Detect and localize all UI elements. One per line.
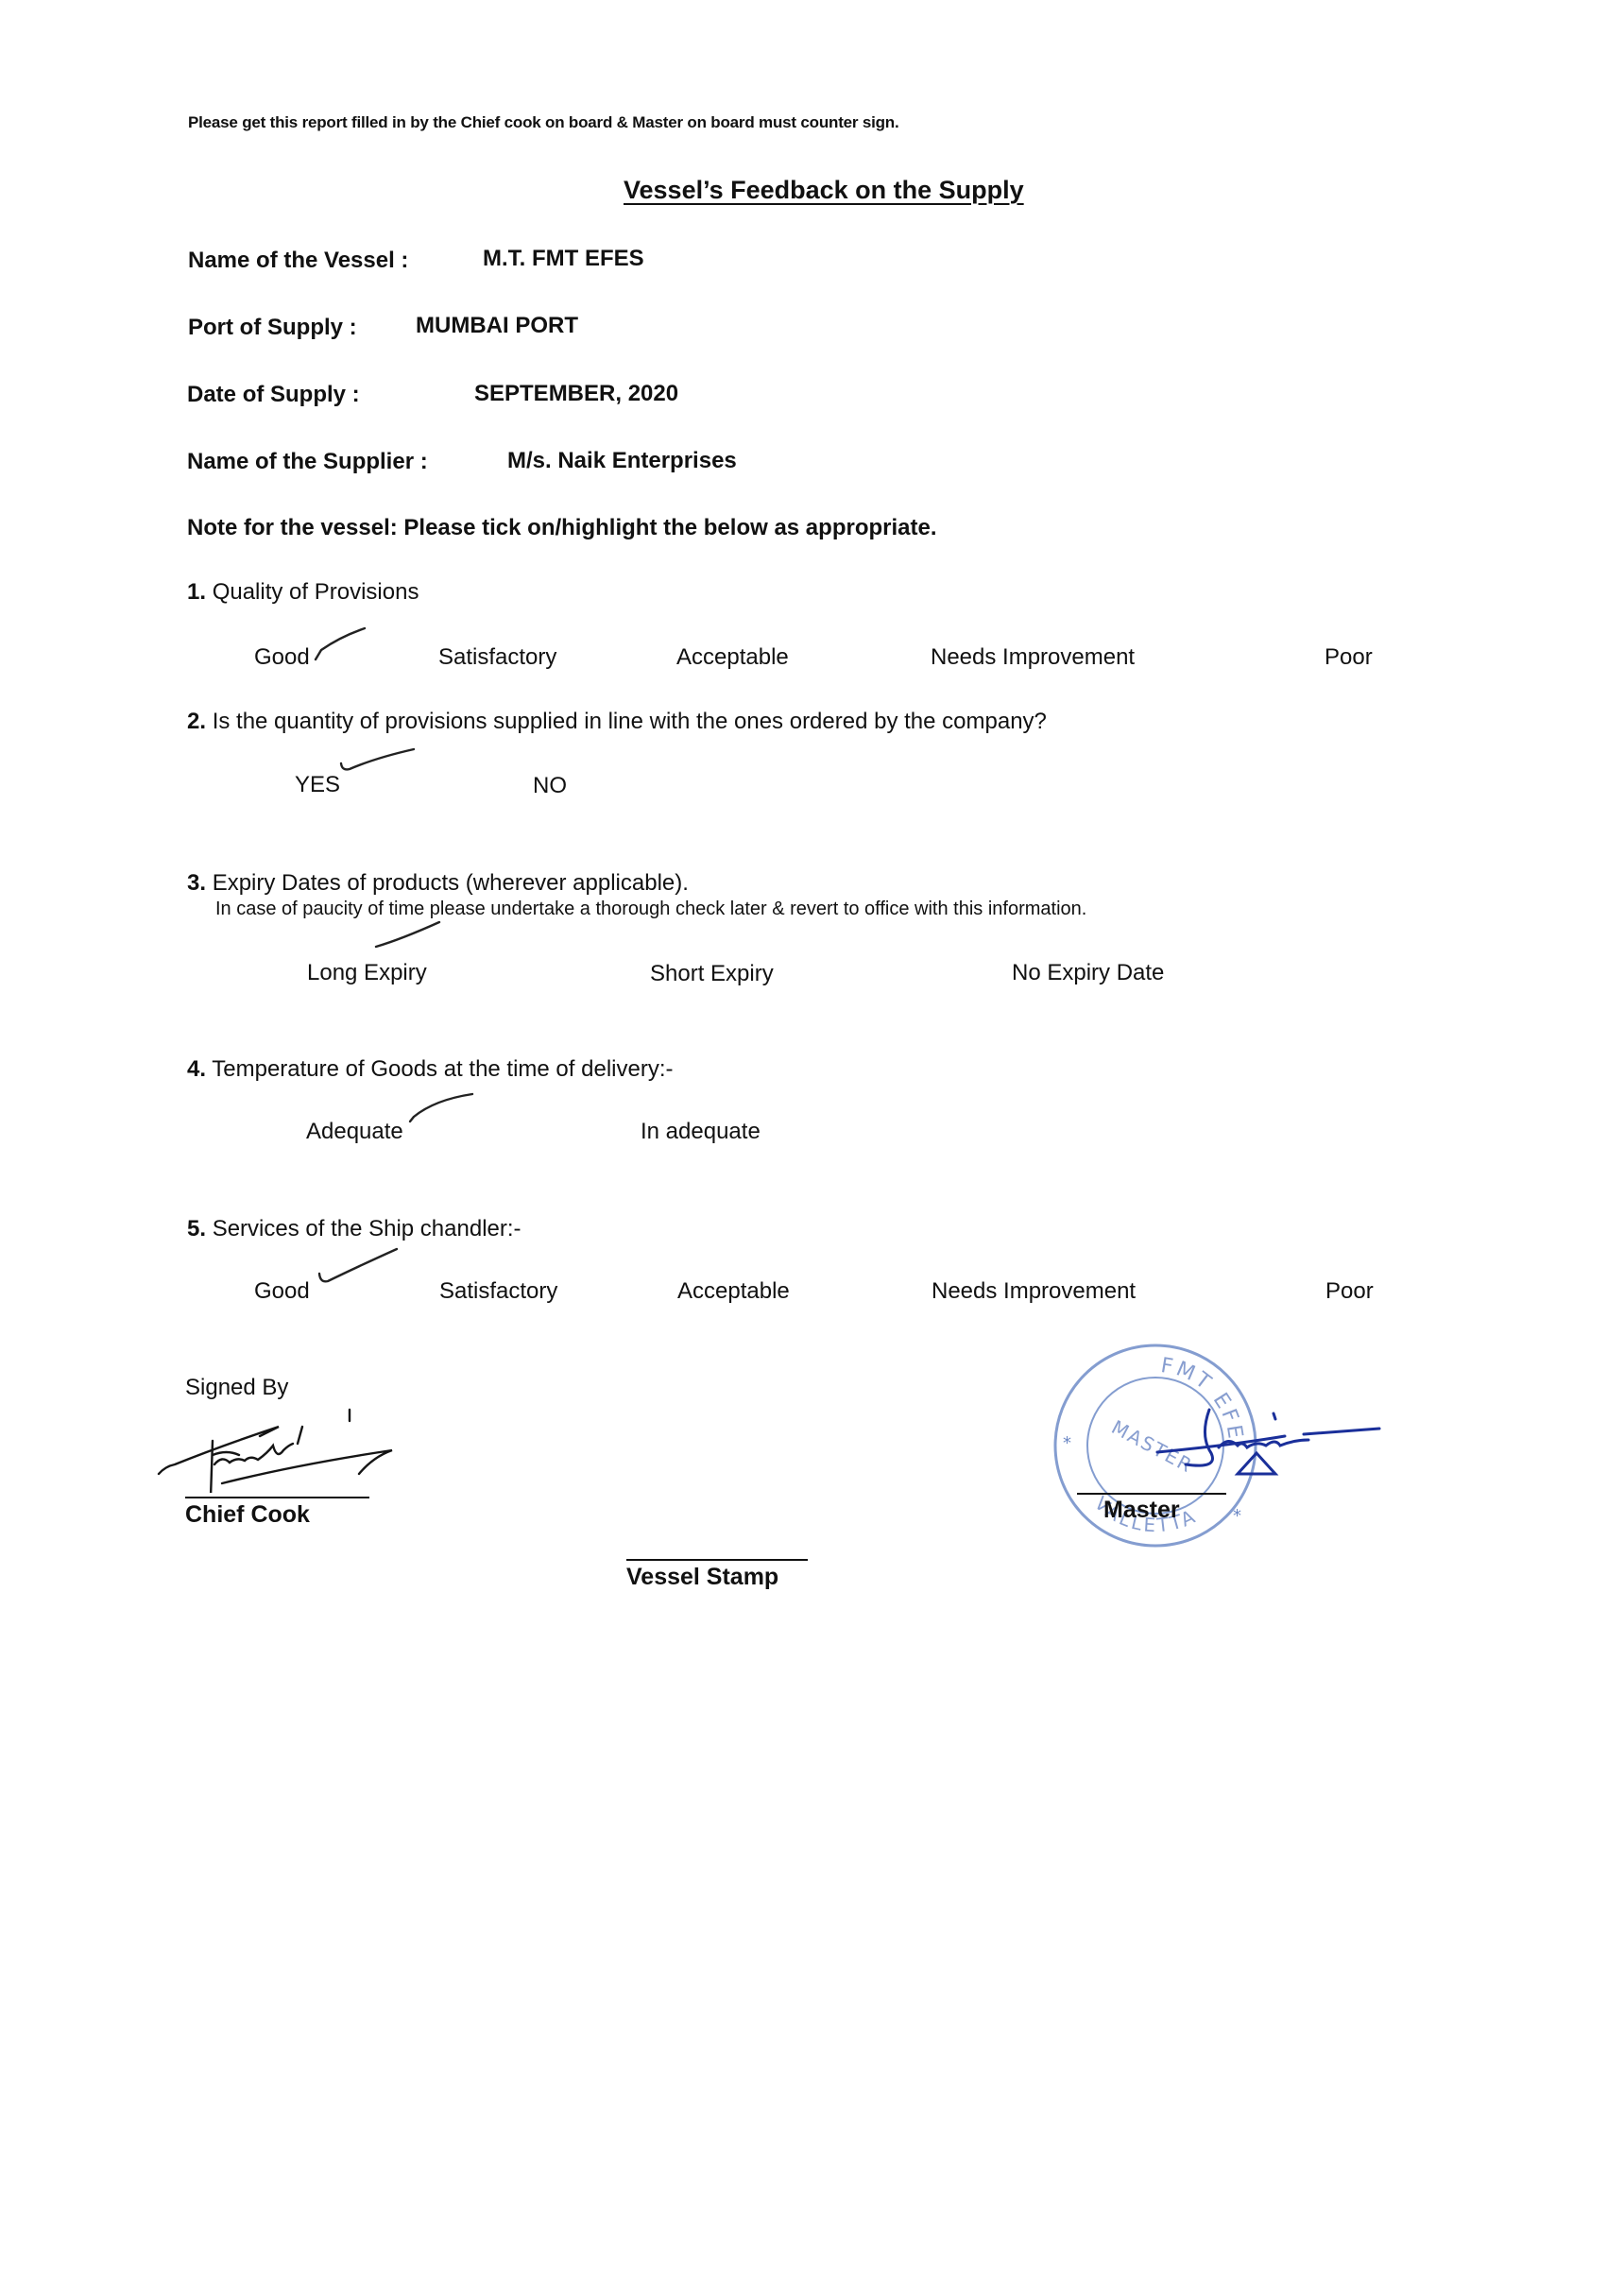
master-signature-icon (1153, 1408, 1389, 1493)
q4-option-adequate[interactable]: Adequate (306, 1119, 403, 1145)
port-of-supply-value: MUMBAI PORT (416, 313, 578, 339)
question-1-text: Quality of Provisions (213, 579, 419, 605)
q1-option-good[interactable]: Good (254, 644, 310, 671)
q1-checkmark-icon (312, 624, 368, 666)
question-4: 4. Temperature of Goods at the time of d… (187, 1056, 673, 1083)
vessel-stamp-label: Vessel Stamp (626, 1564, 778, 1591)
q1-option-acceptable[interactable]: Acceptable (676, 644, 789, 671)
q3-checkmark-icon (373, 918, 444, 951)
vessel-name-value: M.T. FMT EFES (483, 246, 644, 272)
vessel-name-label: Name of the Vessel : (188, 248, 408, 274)
q3-option-short-expiry[interactable]: Short Expiry (650, 961, 774, 987)
q5-option-satisfactory[interactable]: Satisfactory (439, 1278, 557, 1305)
master-label: Master (1103, 1497, 1180, 1524)
chief-cook-signature-line (185, 1497, 369, 1498)
q5-checkmark-icon (316, 1245, 402, 1297)
vessel-note: Note for the vessel: Please tick on/high… (187, 515, 937, 541)
q4-option-inadequate[interactable]: In adequate (641, 1119, 761, 1145)
document-title: Vessel’s Feedback on the Supply (624, 176, 1024, 205)
question-5-text: Services of the Ship chandler:- (213, 1216, 521, 1241)
master-signature-line (1077, 1493, 1226, 1495)
question-2-text: Is the quantity of provisions supplied i… (213, 709, 1047, 734)
q3-option-no-expiry-date[interactable]: No Expiry Date (1012, 960, 1164, 986)
q5-option-poor[interactable]: Poor (1325, 1278, 1374, 1305)
q1-option-poor[interactable]: Poor (1325, 644, 1373, 671)
q2-checkmark-icon (338, 746, 419, 784)
vessel-stamp-line (626, 1559, 808, 1561)
date-of-supply-label: Date of Supply : (187, 382, 360, 408)
chief-cook-label: Chief Cook (185, 1501, 310, 1529)
question-1-number: 1. (187, 579, 206, 605)
port-of-supply-label: Port of Supply : (188, 315, 357, 341)
question-3-text: Expiry Dates of products (wherever appli… (213, 870, 689, 896)
question-3: 3. Expiry Dates of products (wherever ap… (187, 870, 689, 897)
q1-option-needs-improvement[interactable]: Needs Improvement (931, 644, 1135, 671)
instruction-text: Please get this report filled in by the … (188, 113, 899, 132)
chief-cook-signature-icon (156, 1408, 406, 1493)
question-1: 1. Quality of Provisions (187, 579, 419, 606)
question-4-number: 4. (187, 1056, 206, 1082)
q3-option-long-expiry[interactable]: Long Expiry (307, 960, 427, 986)
svg-text:*: * (1233, 1506, 1241, 1526)
q5-option-acceptable[interactable]: Acceptable (677, 1278, 790, 1305)
question-3-number: 3. (187, 870, 206, 896)
q1-option-satisfactory[interactable]: Satisfactory (438, 644, 556, 671)
svg-text:*: * (1063, 1433, 1071, 1453)
date-of-supply-value: SEPTEMBER, 2020 (474, 381, 678, 407)
supplier-name-label: Name of the Supplier : (187, 449, 428, 475)
question-4-text: Temperature of Goods at the time of deli… (212, 1056, 673, 1082)
q5-option-needs-improvement[interactable]: Needs Improvement (932, 1278, 1136, 1305)
q2-option-yes[interactable]: YES (295, 772, 340, 798)
question-2-number: 2. (187, 709, 206, 734)
q5-option-good[interactable]: Good (254, 1278, 310, 1305)
question-3-subtext: In case of paucity of time please undert… (215, 899, 1086, 920)
question-5-number: 5. (187, 1216, 206, 1241)
signed-by-label: Signed By (185, 1375, 288, 1401)
q4-checkmark-icon (406, 1090, 477, 1128)
supplier-name-value: M/s. Naik Enterprises (507, 448, 737, 474)
question-5: 5. Services of the Ship chandler:- (187, 1216, 521, 1242)
q2-option-no[interactable]: NO (533, 773, 567, 799)
question-2: 2. Is the quantity of provisions supplie… (187, 709, 1047, 735)
